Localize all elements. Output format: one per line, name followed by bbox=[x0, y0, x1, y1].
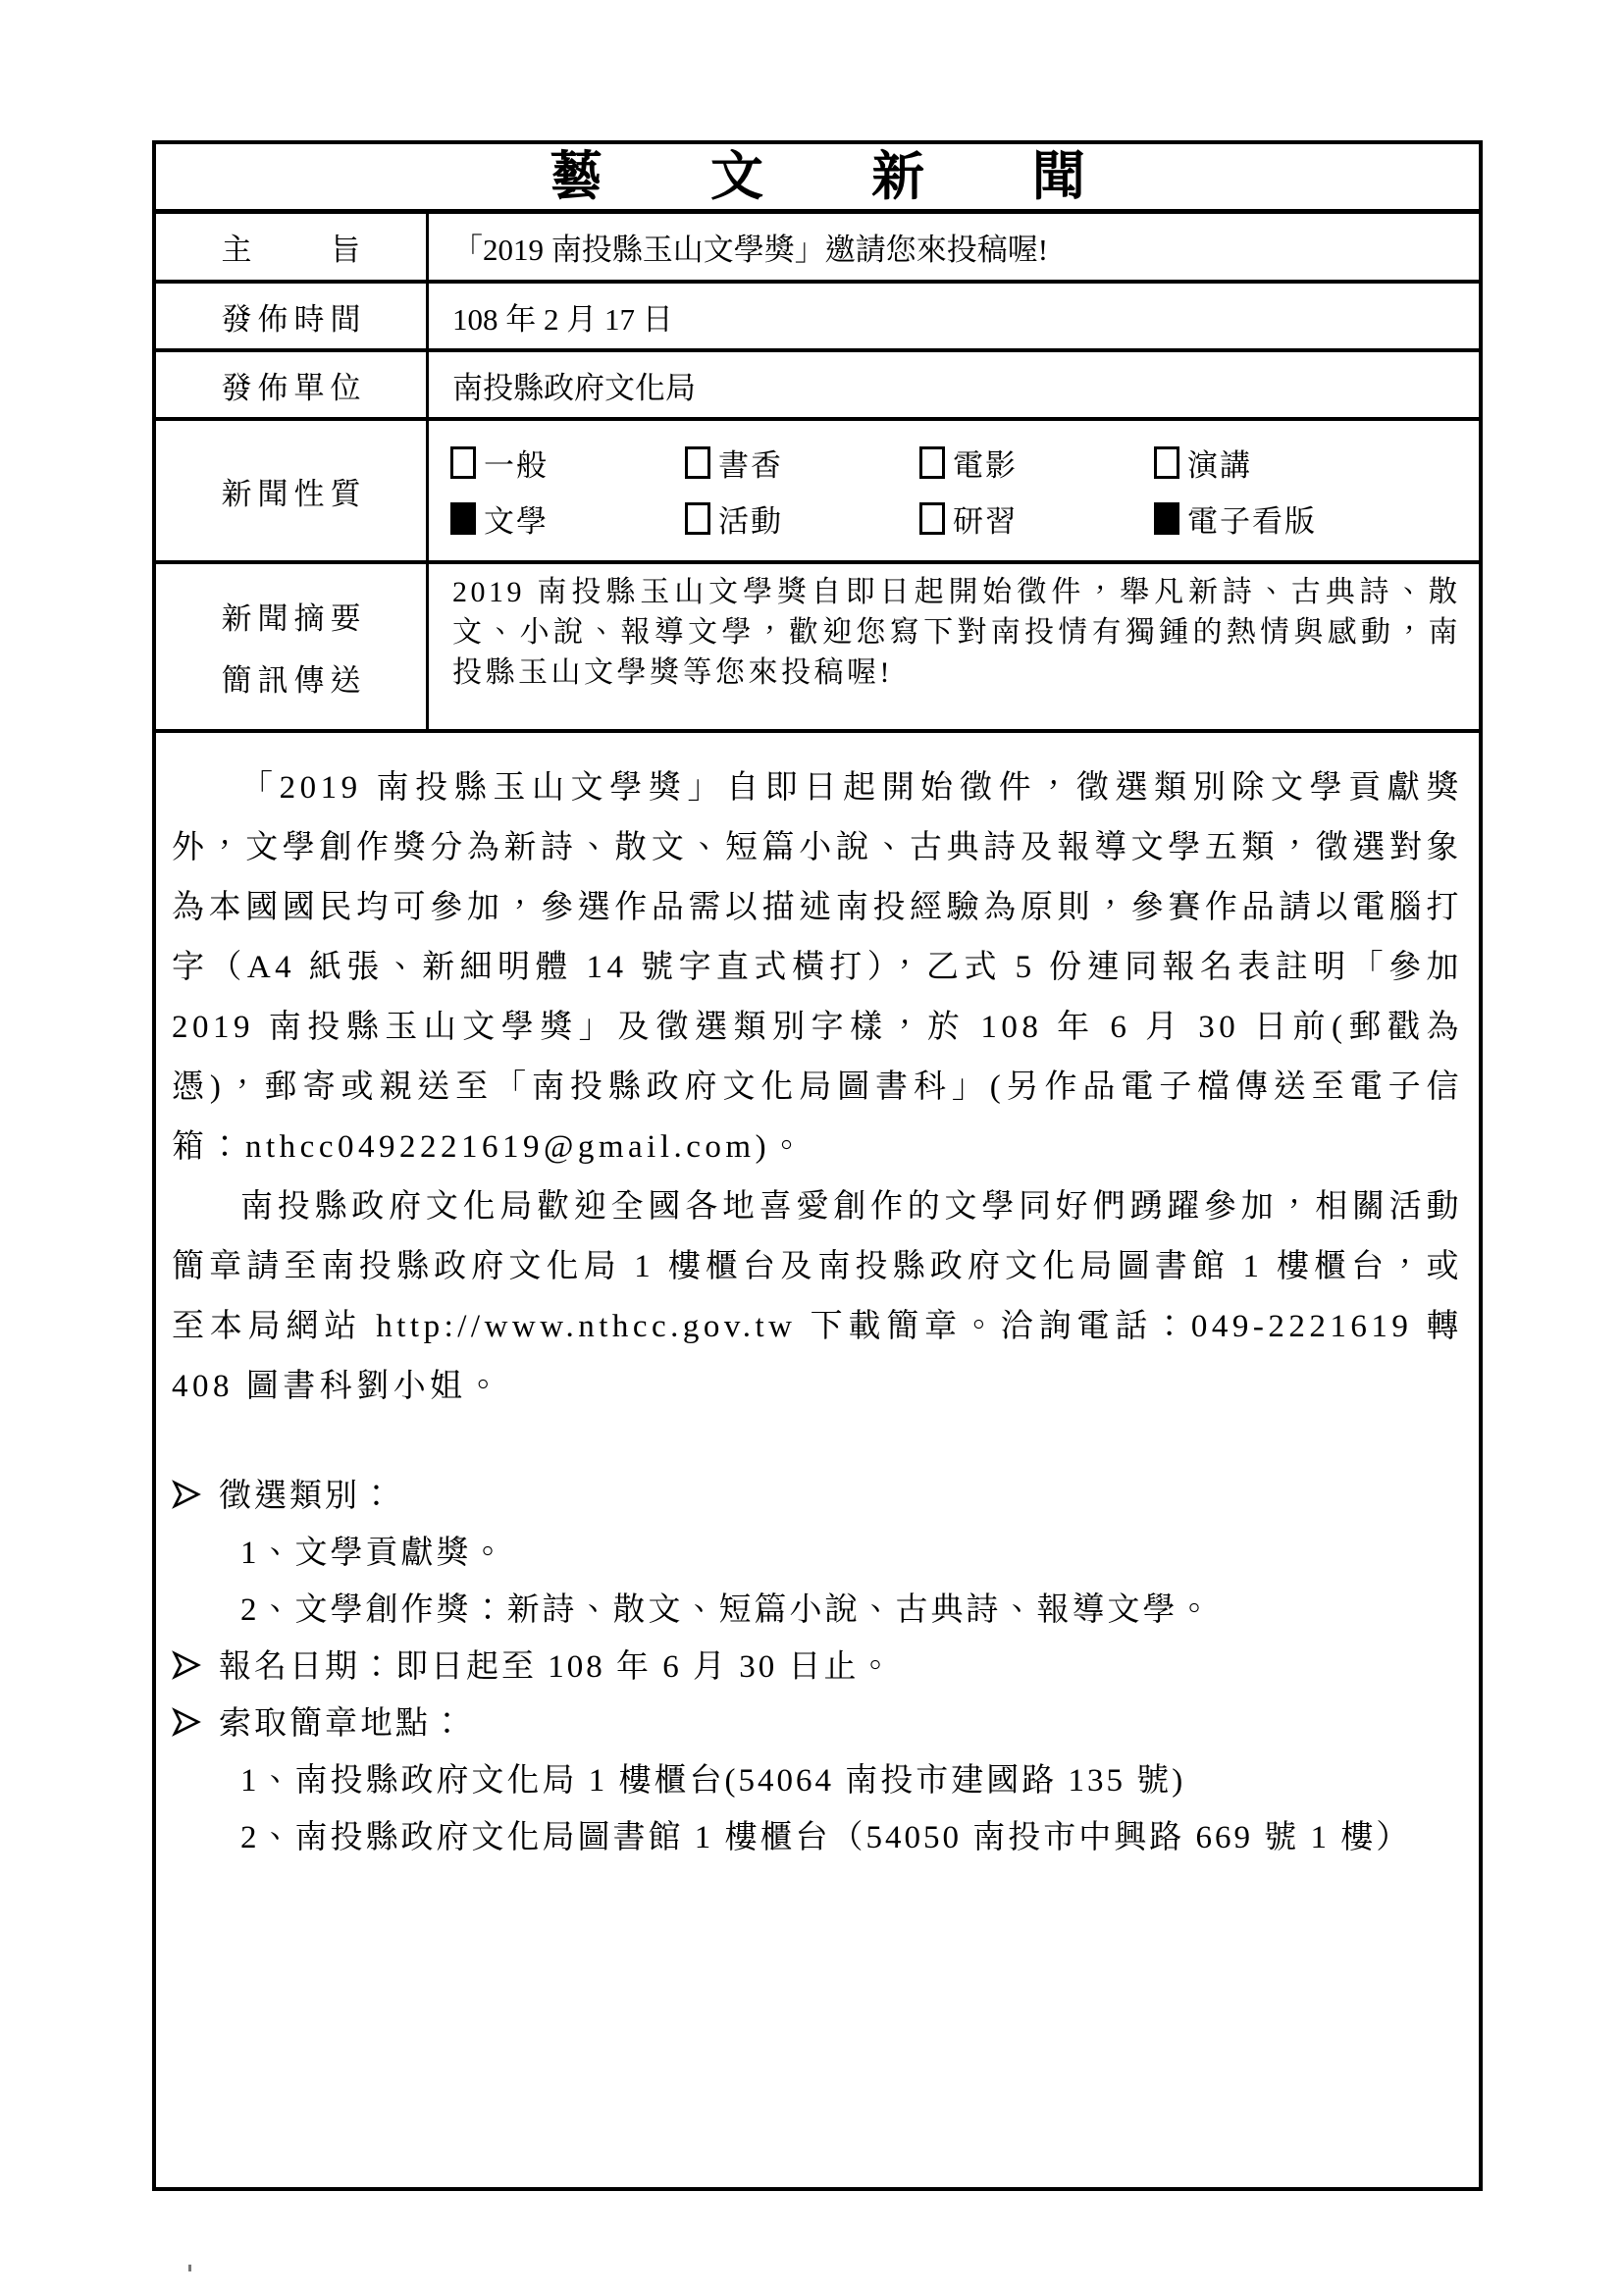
summary-row: 新聞摘要 簡訊傳送 2019 南投縣玉山文學獎自即日起開始徵件，舉凡新詩、古典詩… bbox=[156, 564, 1479, 733]
arrow-bullet-icon bbox=[172, 1480, 219, 1509]
list-item: 索取簡章地點： bbox=[172, 1696, 1463, 1752]
list-item: 1、南投縣政府文化局 1 樓櫃台(54064 南投市建國路 135 號) bbox=[172, 1752, 1463, 1809]
list-item: 1、文學貢獻獎。 bbox=[172, 1525, 1463, 1582]
subject-value: 「2019 南投縣玉山文學獎」邀請您來投稿喔! bbox=[429, 214, 1479, 280]
checkbox-lecture-icon[interactable] bbox=[1154, 446, 1179, 479]
checkbox-workshop-icon[interactable] bbox=[919, 502, 945, 535]
checkbox-eboard-label: 電子看版 bbox=[1187, 496, 1317, 541]
checkbox-item-workshop[interactable]: 研習 bbox=[919, 496, 1154, 541]
checkbox-general-label: 一般 bbox=[484, 441, 549, 485]
subject-row: 主 旨 「2019 南投縣玉山文學獎」邀請您來投稿喔! bbox=[156, 214, 1479, 284]
checkbox-item-general[interactable]: 一般 bbox=[450, 441, 685, 485]
checkbox-literature-icon[interactable] bbox=[450, 502, 476, 535]
checkbox-movie-label: 電影 bbox=[953, 441, 1018, 485]
checkbox-eboard-icon[interactable] bbox=[1154, 502, 1179, 535]
checkbox-movie-icon[interactable] bbox=[919, 446, 945, 479]
list-item-text: 2、南投縣政府文化局圖書館 1 樓櫃台（54050 南投市中興路 669 號 1… bbox=[240, 1809, 1411, 1866]
checkbox-books-label: 書香 bbox=[718, 441, 783, 485]
list-item: 徵選類別： bbox=[172, 1468, 1463, 1525]
news-form-table: 藝 文 新 聞 主 旨 「2019 南投縣玉山文學獎」邀請您來投稿喔! 發佈時間… bbox=[152, 140, 1483, 2191]
body-paragraph-1: 「2019 南投縣玉山文學獎」自即日起開始徵件，徵選類別除文學貢獻獎外，文學創作… bbox=[172, 758, 1463, 1177]
news-type-line-2: 文學 活動 研習 電子看版 bbox=[450, 496, 1469, 541]
arrow-bullet-icon bbox=[172, 1650, 219, 1680]
checkbox-item-eboard[interactable]: 電子看版 bbox=[1154, 496, 1317, 541]
publish-time-row: 發佈時間 108 年 2 月 17 日 bbox=[156, 284, 1479, 352]
scanned-news-page: 藝 文 新 聞 主 旨 「2019 南投縣玉山文學獎」邀請您來投稿喔! 發佈時間… bbox=[0, 0, 1623, 2296]
arrow-bullet-icon bbox=[172, 1707, 219, 1737]
checkbox-books-icon[interactable] bbox=[685, 446, 710, 479]
list-item-text: 徵選類別： bbox=[219, 1468, 395, 1525]
checkbox-workshop-label: 研習 bbox=[953, 496, 1018, 541]
publish-unit-label: 發佈單位 bbox=[156, 352, 429, 417]
title-row: 藝 文 新 聞 bbox=[156, 144, 1479, 214]
publish-unit-value: 南投縣政府文化局 bbox=[429, 352, 1479, 417]
checkbox-item-books[interactable]: 書香 bbox=[685, 441, 919, 485]
news-type-options: 一般 書香 電影 演講 bbox=[429, 421, 1479, 560]
checkbox-activity-label: 活動 bbox=[718, 496, 783, 541]
list-item-text: 索取簡章地點： bbox=[219, 1696, 466, 1752]
body-section: 「2019 南投縣玉山文學獎」自即日起開始徵件，徵選類別除文學貢獻獎外，文學創作… bbox=[156, 733, 1479, 2187]
page-title: 藝 文 新 聞 bbox=[522, 150, 1113, 203]
checkbox-item-movie[interactable]: 電影 bbox=[919, 441, 1154, 485]
news-type-label: 新聞性質 bbox=[156, 421, 429, 560]
list-item-text: 1、南投縣政府文化局 1 樓櫃台(54064 南投市建國路 135 號) bbox=[240, 1752, 1185, 1809]
summary-label: 新聞摘要 簡訊傳送 bbox=[156, 564, 429, 729]
list-item-text: 1、文學貢獻獎。 bbox=[240, 1525, 507, 1582]
checkbox-general-icon[interactable] bbox=[450, 446, 476, 479]
news-type-row: 新聞性質 一般 書香 電影 bbox=[156, 421, 1479, 564]
checkbox-item-literature[interactable]: 文學 bbox=[450, 496, 685, 541]
publish-time-value: 108 年 2 月 17 日 bbox=[429, 284, 1479, 348]
checkbox-item-activity[interactable]: 活動 bbox=[685, 496, 919, 541]
scan-artifact-dot bbox=[188, 2265, 191, 2271]
summary-label-line2: 簡訊傳送 bbox=[216, 655, 367, 700]
list-item-text: 2、文學創作獎：新詩、散文、短篇小說、古典詩、報導文學。 bbox=[240, 1582, 1214, 1639]
list-item: 報名日期：即日起至 108 年 6 月 30 日止。 bbox=[172, 1639, 1463, 1696]
list-item-text: 報名日期：即日起至 108 年 6 月 30 日止。 bbox=[219, 1639, 895, 1696]
list-item: 2、文學創作獎：新詩、散文、短篇小說、古典詩、報導文學。 bbox=[172, 1582, 1463, 1639]
checkbox-item-lecture[interactable]: 演講 bbox=[1154, 441, 1252, 485]
summary-value: 2019 南投縣玉山文學獎自即日起開始徵件，舉凡新詩、古典詩、散文、小說、報導文… bbox=[429, 564, 1479, 729]
publish-unit-row: 發佈單位 南投縣政府文化局 bbox=[156, 352, 1479, 421]
checkbox-lecture-label: 演講 bbox=[1187, 441, 1252, 485]
body-paragraph-2: 南投縣政府文化局歡迎全國各地喜愛創作的文學同好們踴躍參加，相關活動簡章請至南投縣… bbox=[172, 1177, 1463, 1417]
checkbox-literature-label: 文學 bbox=[484, 496, 549, 541]
bullet-list: 徵選類別： 1、文學貢獻獎。 2、文學創作獎：新詩、散文、短篇小說、古典詩、報導… bbox=[172, 1468, 1463, 1866]
news-type-line-1: 一般 書香 電影 演講 bbox=[450, 441, 1469, 485]
summary-label-line1: 新聞摘要 bbox=[216, 594, 367, 638]
list-item: 2、南投縣政府文化局圖書館 1 樓櫃台（54050 南投市中興路 669 號 1… bbox=[172, 1809, 1463, 1866]
subject-label: 主 旨 bbox=[156, 214, 429, 280]
checkbox-activity-icon[interactable] bbox=[685, 502, 710, 535]
publish-time-label: 發佈時間 bbox=[156, 284, 429, 348]
